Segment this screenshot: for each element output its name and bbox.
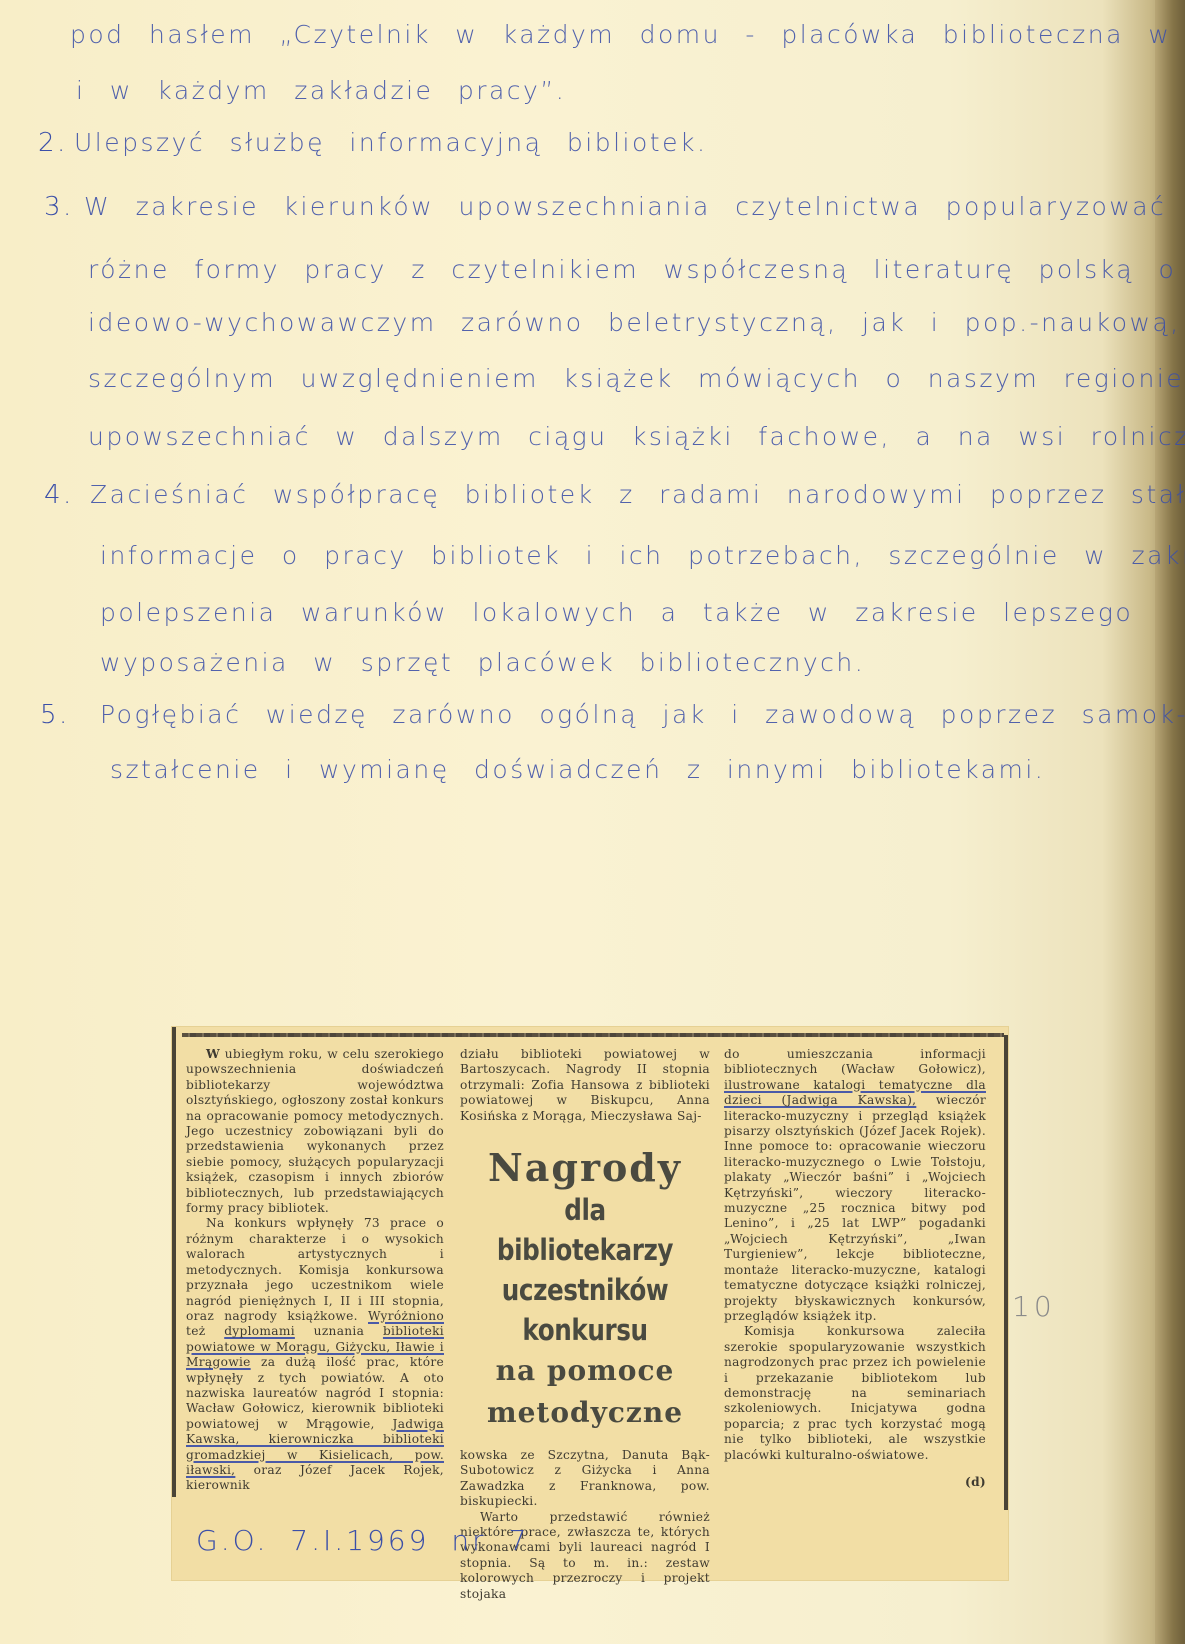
- headline: Nagrody dla bibliotekarzy uczestników ko…: [460, 1146, 710, 1434]
- handwritten-line: upowszechniać w dalszym ciągu książki fa…: [88, 422, 1185, 451]
- handwritten-line: ideowo-wychowawczym zarówno beletrystycz…: [88, 308, 1185, 337]
- item-number: 3.: [44, 192, 74, 222]
- text: uznania: [314, 1324, 365, 1338]
- headline-line: na pomoce: [460, 1350, 710, 1392]
- item-number: 2.: [38, 128, 68, 158]
- handwritten-line: pod hasłem „Czytelnik w każdym domu - pl…: [70, 20, 1185, 49]
- paragraph: ubiegłym roku, w celu szerokiego upowsze…: [186, 1047, 444, 1215]
- article-column-2: działu biblioteki powiatowej w Bartoszyc…: [460, 1047, 710, 1602]
- paragraph: kowska ze Szczytna, Danuta Bąk-Subotowic…: [460, 1448, 710, 1510]
- handwritten-line: Zacieśniać współpracę bibliotek z radami…: [90, 480, 1185, 509]
- handwritten-line: Ulepszyć służbę informacyjną bibliotek.: [74, 128, 707, 157]
- handwritten-line: wyposażenia w sprzęt placówek bibliotecz…: [100, 648, 865, 677]
- source-annotation: G.O. 7.I.1969 nr 7: [196, 1524, 529, 1557]
- handwritten-line: informacje o pracy bibliotek i ich potrz…: [100, 541, 1185, 570]
- paragraph: działu biblioteki powiatowej w Bartoszyc…: [460, 1047, 710, 1124]
- headline-line: Nagrody: [460, 1146, 710, 1190]
- rule-right: [1004, 1035, 1008, 1510]
- text: też: [186, 1324, 205, 1338]
- paragraph: Na konkurs wpłynęły 73 prace o różnym ch…: [186, 1216, 444, 1322]
- underlined-text: Wyróżniono: [368, 1309, 444, 1323]
- rule-top: [182, 1033, 1004, 1037]
- article-column-1: W ubiegłym roku, w celu szerokiego upows…: [186, 1047, 444, 1494]
- newspaper-clipping: W ubiegłym roku, w celu szerokiego upows…: [172, 1027, 1008, 1580]
- handwritten-line: polepszenia warunków lokalowych a także …: [100, 598, 1133, 627]
- headline-line: konkursu: [479, 1310, 692, 1350]
- handwritten-line: ształcenie i wymianę doświadczeń z innym…: [110, 755, 1045, 784]
- handwritten-line: i w każdym zakładzie pracy”.: [76, 76, 566, 105]
- headline-line: metodyczne: [460, 1392, 710, 1434]
- handwritten-line: różne formy pracy z czytelnikiem współcz…: [88, 255, 1185, 284]
- lead-letter: W: [206, 1047, 220, 1061]
- text: wieczór literacko-muzyczny i przegląd ks…: [724, 1093, 986, 1323]
- underlined-text: dyplomami: [224, 1324, 295, 1338]
- page-number-pencil: 10: [1012, 1290, 1056, 1323]
- handwritten-line: Pogłębiać wiedzę zarówno ogólną jak i za…: [100, 700, 1185, 729]
- text: do umieszczania informacji bibliotecznyc…: [724, 1047, 986, 1076]
- paragraph: Komisja konkursowa zaleciła szerokie spo…: [724, 1324, 986, 1463]
- handwritten-line: szczególnym uwzględnieniem książek mówią…: [88, 364, 1185, 393]
- item-number: 5.: [40, 700, 70, 730]
- headline-line: dla bibliotekarzy: [479, 1190, 692, 1270]
- headline-line: uczestników: [479, 1270, 692, 1310]
- handwritten-line: W zakresie kierunków upowszechniania czy…: [84, 192, 1185, 221]
- article-column-3: do umieszczania informacji bibliotecznyc…: [724, 1047, 986, 1490]
- rule-left: [172, 1027, 176, 1497]
- book-gutter: [1155, 0, 1185, 1644]
- author-signature: (d): [724, 1475, 986, 1490]
- item-number: 4.: [44, 480, 74, 510]
